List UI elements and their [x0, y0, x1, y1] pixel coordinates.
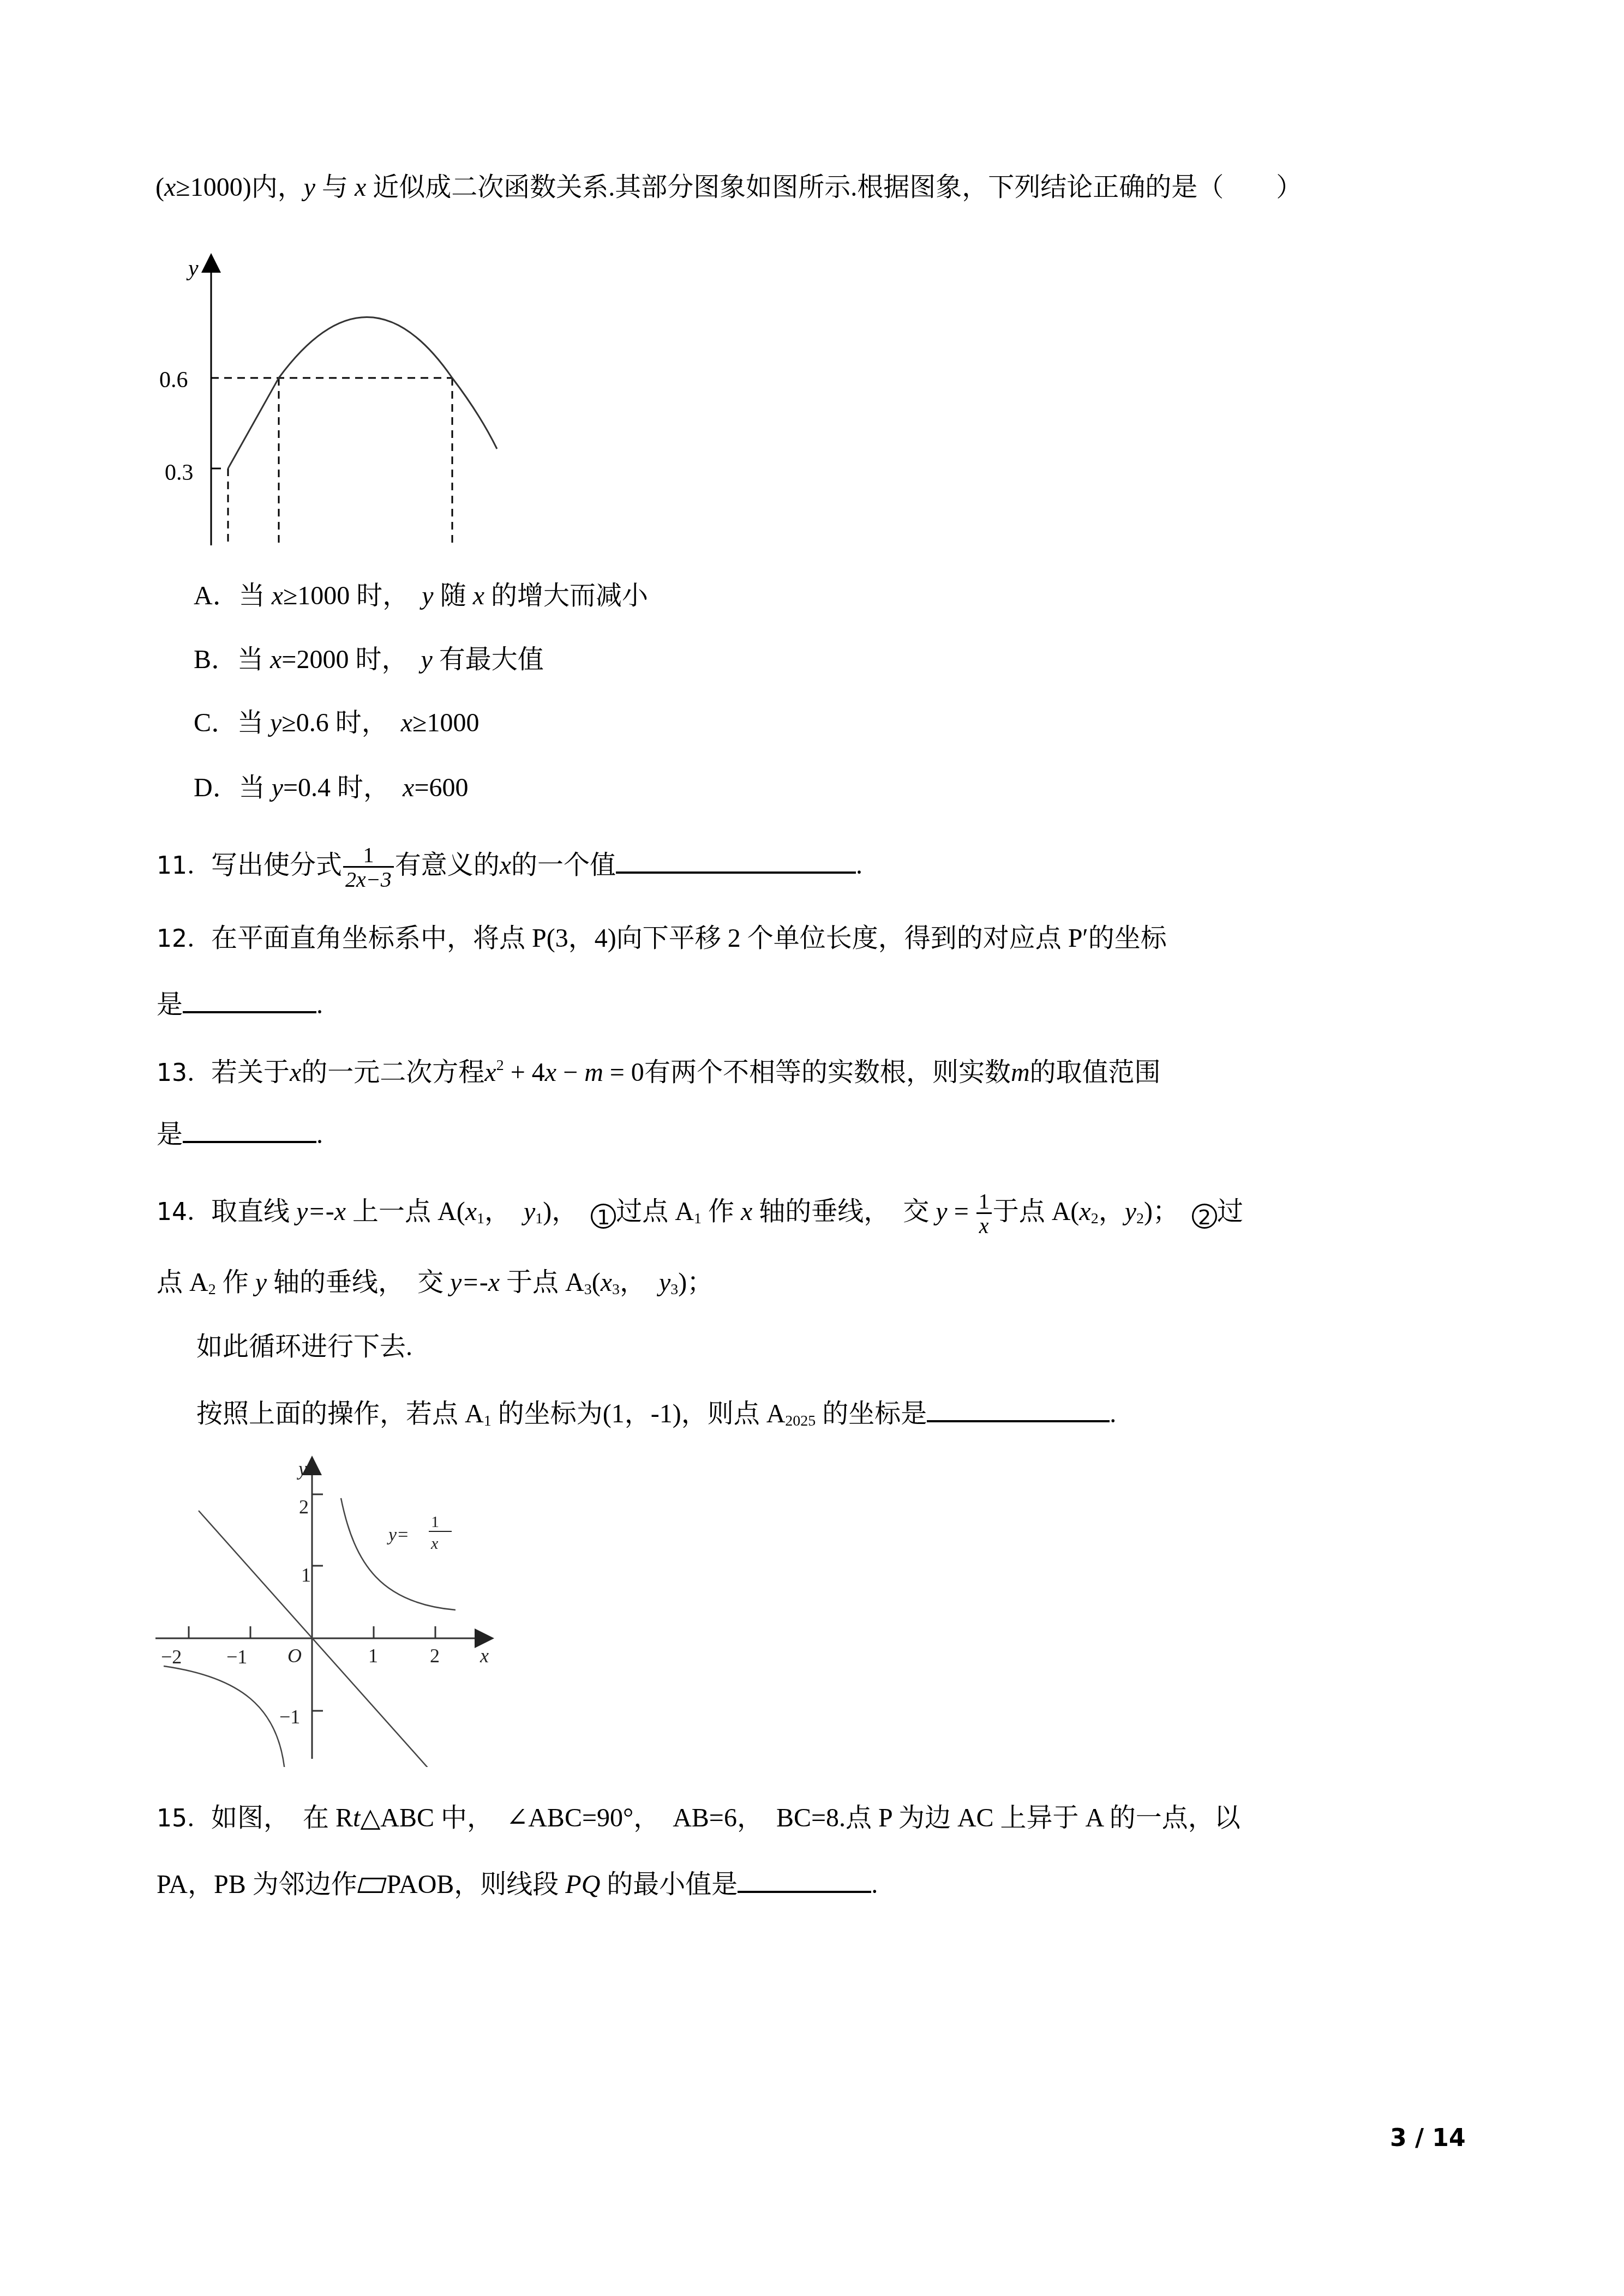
text: PA，PB 为邻边作: [157, 1870, 357, 1899]
question-13-line2: 是.: [157, 1117, 323, 1151]
question-14-line3: 如此循环进行下去.: [196, 1331, 412, 1363]
text: )；: [1144, 1197, 1192, 1226]
text: 的坐标为(1，-1)，则点 A: [492, 1399, 786, 1428]
answer-blank-11[interactable]: [616, 848, 856, 874]
text: 过: [1217, 1197, 1243, 1226]
text: 是: [157, 1120, 183, 1149]
var: x: [272, 581, 283, 610]
text: 近似成二次函数关系.其部分图象如图所示.根据图象，下列结论正确的是（ ）: [366, 173, 1302, 202]
question-12-line2: 是.: [157, 987, 323, 1021]
text: ≥1000: [412, 708, 479, 737]
var: x: [401, 708, 412, 737]
question-number: 13．: [157, 1059, 211, 1087]
svg-text:1: 1: [368, 1645, 378, 1667]
var: y: [272, 773, 283, 802]
question-13-line1: 13．若关于x的一元二次方程x2 + 4x − m = 0有两个不相等的实数根，…: [157, 1049, 1161, 1090]
text: 的一元二次方程: [301, 1058, 484, 1087]
fraction: 12x−3: [343, 844, 394, 891]
question-15-line2: PA，PB 为邻边作PAOB，则线段 PQ 的最小值是.: [157, 1867, 878, 1901]
x-axis-label: x: [480, 1645, 489, 1667]
var: y: [524, 1197, 535, 1226]
text: )，: [543, 1197, 591, 1226]
text: + 4: [504, 1058, 545, 1087]
svg-text:x: x: [430, 1535, 439, 1553]
option-label: C．: [194, 708, 237, 737]
text: 轴的垂线， 交: [267, 1268, 450, 1297]
text: 若关于: [211, 1058, 290, 1087]
question-11: 11．写出使分式12x−3有意义的x的一个值.: [157, 844, 862, 891]
text: 与: [315, 173, 355, 202]
text: =0.4 时，: [283, 773, 403, 802]
var: y: [422, 581, 433, 610]
svg-text:−1: −1: [279, 1706, 300, 1728]
segment-pq: PQ: [565, 1870, 600, 1899]
var: x: [601, 1268, 612, 1297]
text: ≥0.6 时，: [281, 708, 400, 737]
text: PAOB，则线段: [387, 1870, 566, 1899]
var-x: x: [484, 1058, 496, 1087]
answer-blank-15[interactable]: [738, 1867, 871, 1893]
text: ，: [484, 1197, 524, 1226]
text: ，: [620, 1268, 659, 1297]
var: x: [465, 1197, 477, 1226]
text: (: [592, 1268, 601, 1297]
denominator: x: [976, 1214, 992, 1237]
subscript: 3: [612, 1281, 620, 1298]
circled-number-1: 1: [591, 1204, 616, 1229]
text: .: [856, 851, 862, 880]
text: 当: [239, 581, 272, 610]
denominator: 2x−3: [343, 868, 394, 891]
text: 的最小值是: [600, 1870, 738, 1899]
subscript: 1: [484, 1413, 492, 1429]
text: 如图， 在 R: [211, 1804, 353, 1832]
text: 有最大值: [433, 645, 544, 674]
text: −: [556, 1058, 584, 1087]
text: 的坐标是: [816, 1399, 927, 1428]
var: x: [403, 773, 414, 802]
q10-quadratic-chart: y 0.6 0.3 O 200 1000 3000 x: [158, 235, 551, 545]
option-label: B．: [194, 645, 237, 674]
text: = 0: [603, 1058, 644, 1087]
subscript: 2: [1136, 1210, 1144, 1227]
label-y-1-over-x: y=: [387, 1525, 409, 1545]
text: =600: [414, 773, 468, 802]
text: 当: [237, 708, 270, 737]
var: y: [936, 1197, 947, 1226]
numerator: 1: [976, 1191, 992, 1214]
var: y: [255, 1268, 267, 1297]
subscript: 2: [208, 1281, 216, 1298]
svg-text:2: 2: [430, 1645, 440, 1667]
text: )；: [678, 1268, 713, 1297]
question-number: 11．: [157, 852, 211, 880]
var: x: [473, 581, 484, 610]
equation: y=-x: [450, 1268, 500, 1297]
text: .: [316, 1120, 323, 1149]
circled-number-2: 2: [1192, 1204, 1217, 1229]
subscript: 1: [477, 1210, 484, 1227]
option-label: A．: [194, 581, 239, 610]
text: 作: [216, 1268, 255, 1297]
y-axis-label: y: [297, 1458, 307, 1480]
option-label: D．: [194, 773, 239, 802]
var: y: [1125, 1197, 1136, 1226]
q10-stem-continuation: (x≥1000)内，y 与 x 近似成二次函数关系.其部分图象如图所示.根据图象…: [155, 171, 1302, 204]
hyperbola-branch-q3: [164, 1666, 285, 1767]
var: y: [421, 645, 432, 674]
var-x: x: [355, 173, 366, 202]
question-number: 12．: [157, 925, 211, 953]
svg-text:−1: −1: [226, 1646, 247, 1668]
function-curve: [228, 317, 497, 469]
numerator: 1: [343, 844, 394, 868]
text: (: [155, 173, 164, 202]
var: x: [270, 645, 281, 674]
text: ，: [1099, 1197, 1125, 1226]
text: ≥1000)内，: [176, 173, 303, 202]
y-tick-0.3: 0.3: [165, 460, 194, 485]
text: 的增大而减小: [484, 581, 648, 610]
question-number: 14．: [157, 1198, 211, 1226]
parallelogram-icon: [357, 1878, 387, 1893]
text: 是: [157, 990, 183, 1019]
subscript: 3: [670, 1281, 678, 1298]
text: .: [1110, 1399, 1116, 1428]
text: =: [948, 1197, 975, 1226]
text: 于点 A(: [993, 1197, 1080, 1226]
question-14-line2: 点 A2 作 y 轴的垂线， 交 y=-x 于点 A3(x3， y3)；: [157, 1266, 713, 1306]
option-c[interactable]: C．当 y≥0.6 时， x≥1000: [194, 707, 479, 740]
subscript: 3: [584, 1281, 592, 1298]
var-m: m: [1011, 1058, 1030, 1087]
text: 随: [434, 581, 473, 610]
page-number: 3 / 14: [1390, 2124, 1466, 2152]
answer-blank-12[interactable]: [183, 987, 316, 1013]
text: 取直线: [211, 1197, 296, 1226]
text: 轴的垂线， 交: [752, 1197, 936, 1226]
text: 当: [239, 773, 272, 802]
var-x: x: [164, 173, 176, 202]
equation: y=-x: [296, 1197, 346, 1226]
option-a[interactable]: A．当 x≥1000 时， y 随 x 的增大而减小: [194, 580, 648, 612]
var-m: m: [584, 1058, 603, 1087]
y-tick-0.6: 0.6: [159, 368, 188, 393]
var-y: y: [304, 173, 315, 202]
text: 如此循环进行下去.: [196, 1332, 412, 1361]
subscript: 2: [1091, 1210, 1099, 1227]
text: 有意义的: [395, 851, 500, 880]
text: 写出使分式: [211, 851, 342, 880]
svg-text:−2: −2: [161, 1646, 182, 1668]
text: 按照上面的操作，若点 A: [196, 1399, 484, 1428]
text: 过点 A: [616, 1197, 694, 1226]
var: t: [353, 1804, 360, 1832]
text: 于点 A: [500, 1268, 584, 1297]
answer-blank-14[interactable]: [927, 1396, 1110, 1422]
var: y: [270, 708, 281, 737]
text: .: [871, 1870, 878, 1899]
question-14-line1: 14．取直线 y=-x 上一点 A(x1， y1)， 1过点 A1 作 x 轴的…: [157, 1191, 1243, 1237]
text: =2000 时，: [281, 645, 421, 674]
text: △ABC 中， ∠ABC=90°， AB=6， BC=8.点 P 为边 AC 上…: [360, 1804, 1240, 1832]
text: 有两个不相等的实数根，则实数: [644, 1058, 1011, 1087]
question-12-line1: 12．在平面直角坐标系中，将点 P(3，4)向下平移 2 个单位长度，得到的对应…: [157, 922, 1167, 955]
question-14-line4: 按照上面的操作，若点 A1 的坐标为(1，-1)，则点 A2025 的坐标是.: [196, 1396, 1116, 1438]
question-15-line1: 15．如图， 在 Rt△ABC 中， ∠ABC=90°， AB=6， BC=8.…: [157, 1802, 1241, 1835]
text: 的取值范围: [1030, 1058, 1161, 1087]
var-x: x: [290, 1058, 301, 1087]
fraction: 1x: [976, 1191, 992, 1237]
text: 当: [237, 645, 270, 674]
exponent: 2: [496, 1057, 504, 1074]
var: x: [741, 1197, 752, 1226]
svg-text:1: 1: [301, 1564, 311, 1586]
text: .: [316, 990, 323, 1019]
text: 上一点 A(: [346, 1197, 465, 1226]
text: 在平面直角坐标系中，将点 P(3，4)向下平移 2 个单位长度，得到的对应点 P…: [211, 924, 1167, 953]
origin-label: O: [287, 1645, 302, 1667]
subscript: 2025: [785, 1413, 816, 1429]
y-axis-label: y: [186, 256, 199, 281]
var-x: x: [545, 1058, 556, 1087]
svg-text:2: 2: [299, 1496, 309, 1518]
question-number: 15．: [157, 1805, 211, 1832]
text: 点 A: [157, 1268, 208, 1297]
subscript: 1: [535, 1210, 543, 1227]
text: 的一个值: [511, 851, 616, 880]
text: ≥1000 时，: [283, 581, 422, 610]
svg-text:1: 1: [431, 1513, 439, 1531]
option-d[interactable]: D．当 y=0.4 时， x=600: [194, 772, 468, 804]
answer-blank-13[interactable]: [183, 1117, 316, 1143]
option-b[interactable]: B．当 x=2000 时， y 有最大值: [194, 644, 544, 676]
var: x: [1079, 1197, 1090, 1226]
text: 作: [702, 1197, 741, 1226]
var: y: [659, 1268, 670, 1297]
subscript: 1: [694, 1210, 702, 1227]
var-x: x: [500, 851, 511, 880]
q14-function-graph: y 2 1 −1 −2 −2 −1 O 1 2 x y= 1 x y=−x: [153, 1451, 502, 1767]
